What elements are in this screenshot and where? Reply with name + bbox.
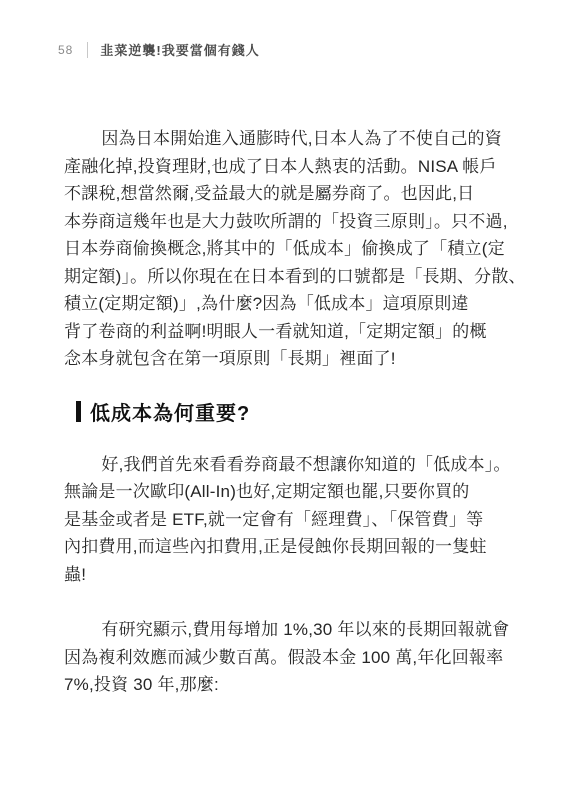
paragraph-low-cost: 好,我們首先來看看券商最不想讓你知道的「低成本」。無論是一次歐印(All-In)… <box>64 451 504 589</box>
text-line: 是基金或者是 ETF,就一定會有「經理費」、「保管費」等 <box>64 506 504 534</box>
text-line: 因為日本開始進入通膨時代,日本人為了不使自己的資 <box>64 125 504 153</box>
page-number: 58 <box>58 43 73 57</box>
running-head-title: 韭菜逆襲!我要當個有錢人 <box>100 40 259 59</box>
page-body: 因為日本開始進入通膨時代,日本人為了不使自己的資產融化掉,投資理財,也成了日本人… <box>64 125 504 699</box>
text-line: 背了卷商的利益啊!明眼人一看就知道,「定期定額」的概 <box>64 318 504 346</box>
text-line: 內扣費用,而這些內扣費用,正是侵蝕你長期回報的一隻蛀 <box>64 533 504 561</box>
paragraph-intro: 因為日本開始進入通膨時代,日本人為了不使自己的資產融化掉,投資理財,也成了日本人… <box>64 125 504 373</box>
text-line: 期定額)」。所以你現在在日本看到的口號都是「長期、分散、 <box>64 263 504 291</box>
text-line: 因為複利效應而減少數百萬。假設本金 100 萬,年化回報率 <box>64 644 504 672</box>
header-divider <box>87 42 88 58</box>
text-line: 產融化掉,投資理財,也成了日本人熱衷的活動。NISA 帳戶 <box>64 153 504 181</box>
text-line: 蟲! <box>64 561 504 589</box>
section-heading-bar <box>76 401 81 422</box>
paragraph-research: 有研究顯示,費用每增加 1%,30 年以來的長期回報就會因為複利效應而減少數百萬… <box>64 616 504 699</box>
text-line: 不課稅,想當然爾,受益最大的就是屬券商了。也因此,日 <box>64 180 504 208</box>
text-line: 日本券商偷換概念,將其中的「低成本」偷換成了「積立(定 <box>64 235 504 263</box>
page-header: 58 韭菜逆襲!我要當個有錢人 <box>58 0 504 59</box>
section-heading: 低成本為何重要? <box>76 397 504 427</box>
text-line: 積立(定期定額)」,為什麼?因為「低成本」這項原則違 <box>64 290 504 318</box>
text-line: 無論是一次歐印(All-In)也好,定期定額也罷,只要你買的 <box>64 478 504 506</box>
section-heading-text: 低成本為何重要? <box>90 397 250 426</box>
text-line: 本券商這幾年也是大力鼓吹所謂的「投資三原則」。只不過, <box>64 208 504 236</box>
text-line: 念本身就包含在第一項原則「長期」裡面了! <box>64 345 504 373</box>
book-page: 58 韭菜逆襲!我要當個有錢人 因為日本開始進入通膨時代,日本人為了不使自己的資… <box>0 0 564 800</box>
text-line: 有研究顯示,費用每增加 1%,30 年以來的長期回報就會 <box>64 616 504 644</box>
text-line: 好,我們首先來看看券商最不想讓你知道的「低成本」。 <box>64 451 504 479</box>
text-line: 7%,投資 30 年,那麼: <box>64 671 504 699</box>
